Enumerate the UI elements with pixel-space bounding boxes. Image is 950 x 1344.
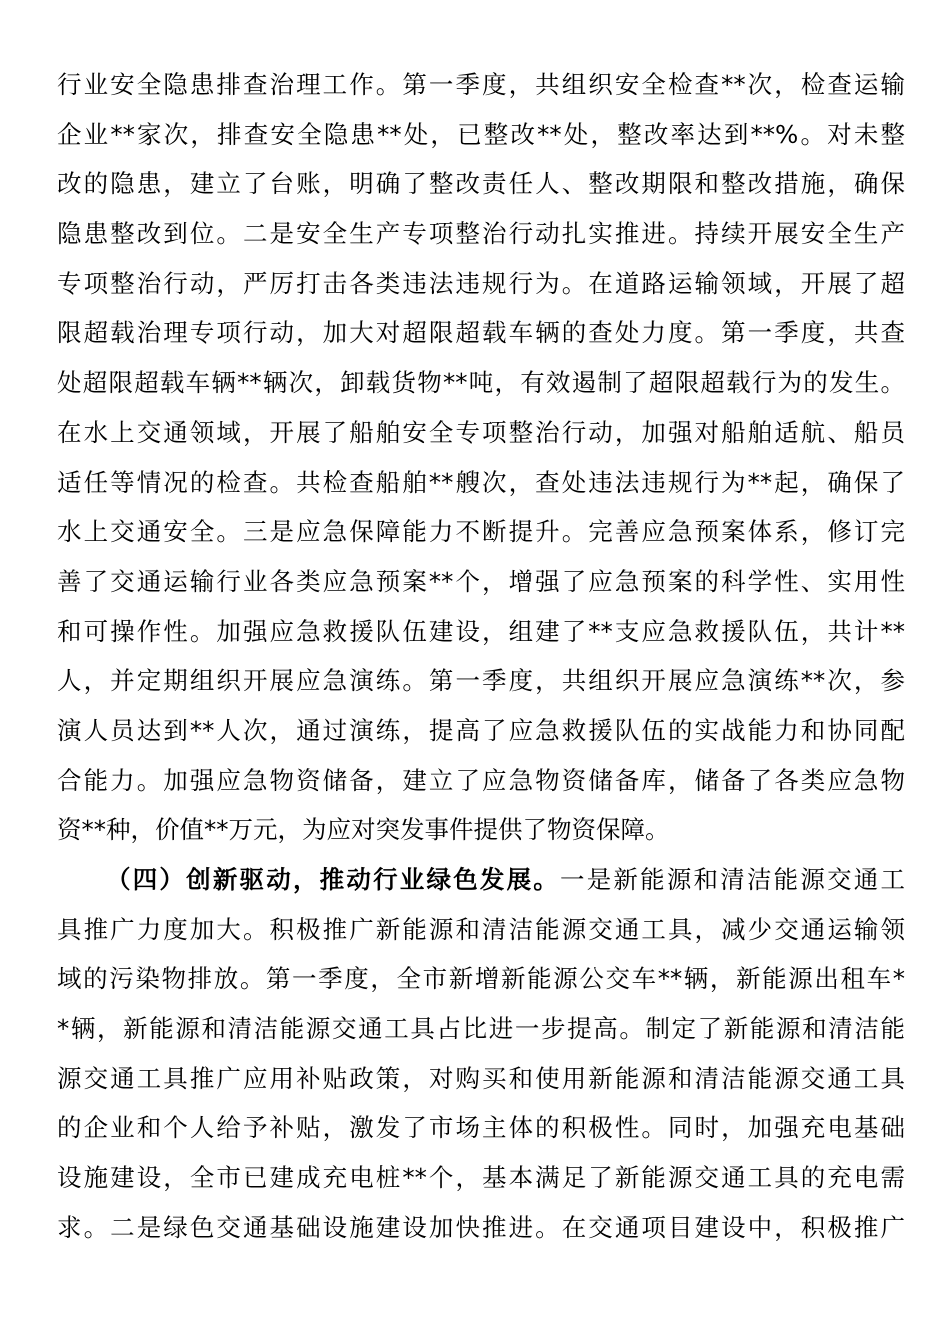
text-line: 企业**家次，排查安全隐患**处，已整改**处，整改率达到**%。对未整 (57, 110, 905, 160)
text-line: 域的污染物排放。第一季度，全市新增新能源公交车**辆，新能源出租车* (57, 954, 905, 1004)
section-heading-bold: （四）创新驱动，推动行业绿色发展。 (106, 865, 560, 894)
text-line: 水上交通安全。三是应急保障能力不断提升。完善应急预案体系，修订完 (57, 507, 905, 557)
text-line: *辆，新能源和清洁能源交通工具占比进一步提高。制定了新能源和清洁能 (57, 1004, 905, 1054)
text-line: 合能力。加强应急物资储备，建立了应急物资储备库，储备了各类应急物 (57, 756, 905, 806)
text-line: 设施建设，全市已建成充电桩**个，基本满足了新能源交通工具的充电需 (57, 1153, 905, 1203)
text-line: 的企业和个人给予补贴，激发了市场主体的积极性。同时，加强充电基础 (57, 1103, 905, 1153)
section-heading-line: （四）创新驱动，推动行业绿色发展。一是新能源和清洁能源交通工 (57, 855, 905, 905)
section-heading-rest: 一是新能源和清洁能源交通工 (560, 865, 905, 894)
document-page: 行业安全隐患排查治理工作。第一季度，共组织安全检查**次，检查运输 企业**家次… (0, 0, 950, 1344)
text-line: 求。二是绿色交通基础设施建设加快推进。在交通项目建设中，积极推广 (57, 1203, 905, 1253)
text-line: 行业安全隐患排查治理工作。第一季度，共组织安全检查**次，检查运输 (57, 60, 905, 110)
text-line: 专项整治行动，严厉打击各类违法违规行为。在道路运输领域，开展了超 (57, 259, 905, 309)
text-line: 适任等情况的检查。共检查船舶**艘次，查处违法违规行为**起，确保了 (57, 458, 905, 508)
text-line: 改的隐患，建立了台账，明确了整改责任人、整改期限和整改措施，确保 (57, 159, 905, 209)
text-line: 演人员达到**人次，通过演练，提高了应急救援队伍的实战能力和协同配 (57, 706, 905, 756)
text-line: 隐患整改到位。二是安全生产专项整治行动扎实推进。持续开展安全生产 (57, 209, 905, 259)
text-line: 资**种，价值**万元，为应对突发事件提供了物资保障。 (57, 805, 905, 855)
text-line: 和可操作性。加强应急救援队伍建设，组建了**支应急救援队伍，共计** (57, 607, 905, 657)
text-line: 具推广力度加大。积极推广新能源和清洁能源交通工具，减少交通运输领 (57, 905, 905, 955)
text-line: 源交通工具推广应用补贴政策，对购买和使用新能源和清洁能源交通工具 (57, 1054, 905, 1104)
text-line: 限超载治理专项行动，加大对超限超载车辆的查处力度。第一季度，共查 (57, 308, 905, 358)
text-line: 人，并定期组织开展应急演练。第一季度，共组织开展应急演练**次，参 (57, 656, 905, 706)
text-line: 在水上交通领域，开展了船舶安全专项整治行动，加强对船舶适航、船员 (57, 408, 905, 458)
text-line: 善了交通运输行业各类应急预案**个，增强了应急预案的科学性、实用性 (57, 557, 905, 607)
text-line: 处超限超载车辆**辆次，卸载货物**吨，有效遏制了超限超载行为的发生。 (57, 358, 905, 408)
paragraph-safety-continuation: 行业安全隐患排查治理工作。第一季度，共组织安全检查**次，检查运输 企业**家次… (57, 60, 905, 855)
paragraph-section-4-green-development: （四）创新驱动，推动行业绿色发展。一是新能源和清洁能源交通工 具推广力度加大。积… (57, 855, 905, 1253)
